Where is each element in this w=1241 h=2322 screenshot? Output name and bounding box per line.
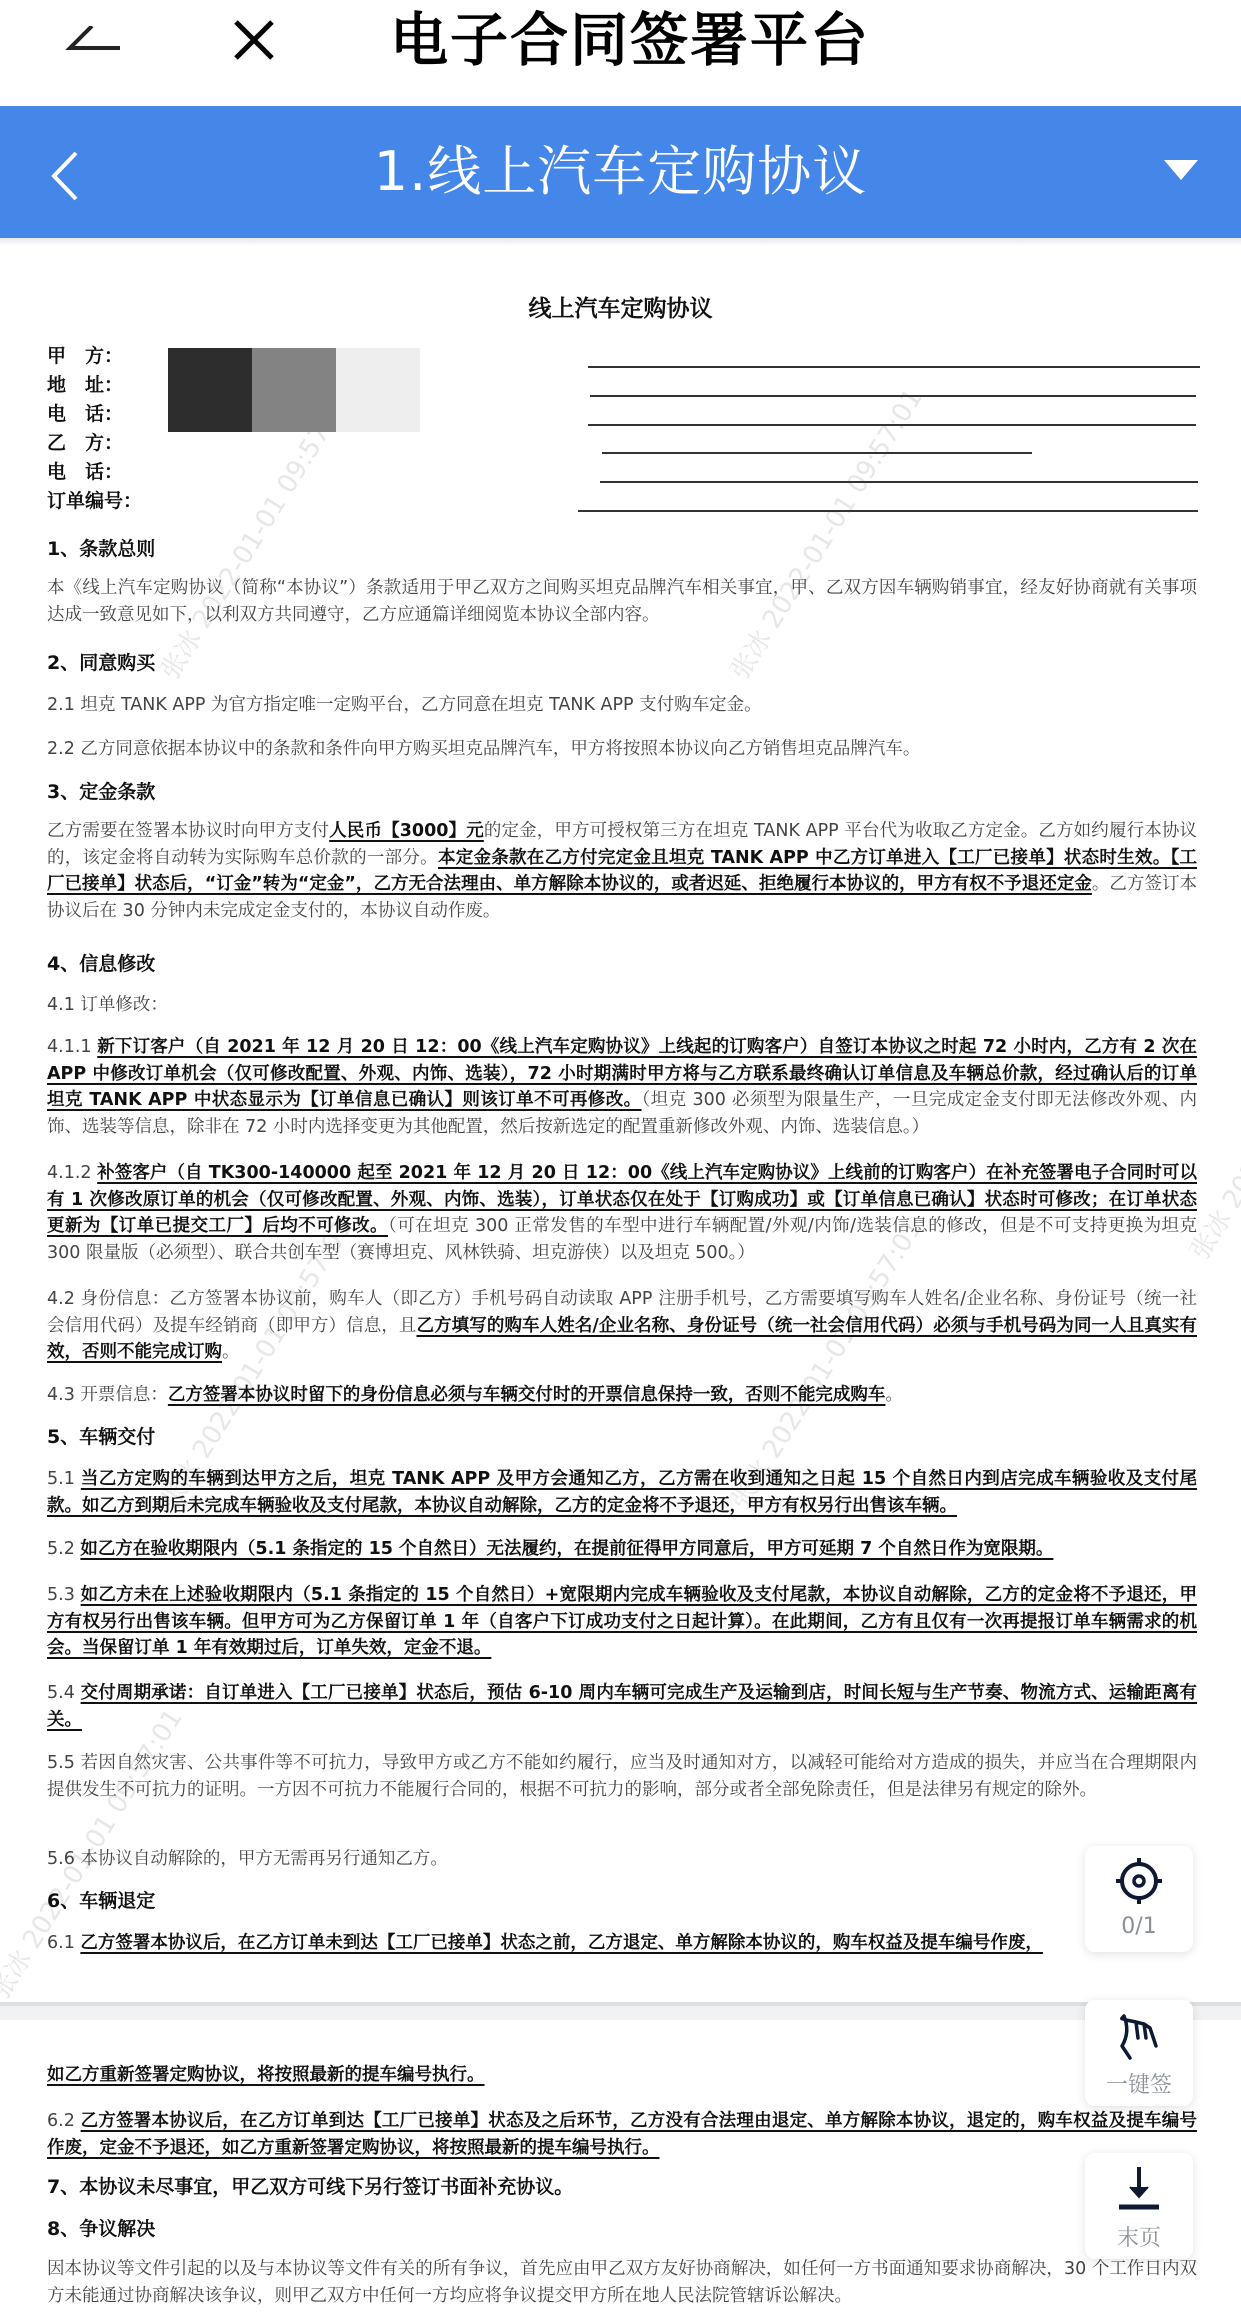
- triangle-down-icon[interactable]: [1164, 160, 1198, 180]
- phone-a-label: 电 话：: [47, 400, 142, 429]
- document-nav-bar: 1.线上汽车定购协议: [0, 106, 1241, 238]
- document-page-2[interactable]: 如乙方重新签署定购协议，将按照最新的提车编号执行。 6.2 乙方签署本协议后，在…: [0, 2020, 1241, 2322]
- hand-tap-icon: [1116, 2012, 1162, 2062]
- paragraph: 6.1 乙方签署本协议后，在乙方订单未到达【工厂已接单】状态之前，乙方退定、单方…: [47, 1930, 1197, 1957]
- paragraph: 5.4 交付周期承诺：自订单进入【工厂已接单】状态后，预估 6-10 周内车辆可…: [47, 1680, 1197, 1733]
- paragraph: 5.2 如乙方在验收期限内（5.1 条指定的 15 个自然日）无法履约，在提前征…: [47, 1536, 1197, 1563]
- party-a-label: 甲 方：: [47, 342, 142, 371]
- section-heading: 8、争议解决: [47, 2214, 155, 2241]
- app-title: 电子合同签署平台: [390, 4, 870, 76]
- signature-count: 0/1: [1085, 1914, 1193, 1939]
- section-heading: 2、同意购买: [47, 648, 155, 675]
- paragraph: 本《线上汽车定购协议（简称“本协议”）条款适用于甲乙双方之间购买坦克品牌汽车相关…: [47, 575, 1197, 628]
- phone-b-label: 电 话：: [47, 458, 142, 487]
- paragraph: 5.1 当乙方定购的车辆到达甲方之后，坦克 TANK APP 及甲方会通知乙方，…: [47, 1466, 1197, 1519]
- document-selector-title[interactable]: 1.线上汽车定购协议: [0, 136, 1241, 208]
- watermark: 张冰 2022-01-01 09:57:01: [720, 381, 930, 686]
- field-underline: [600, 481, 1198, 483]
- document-title: 线上汽车定购协议: [0, 290, 1241, 323]
- jump-to-last-page-button[interactable]: 末页: [1085, 2153, 1193, 2259]
- field-underline: [602, 452, 1032, 454]
- one-click-sign-label: 一键签: [1085, 2068, 1193, 2099]
- paragraph: 5.5 若因自然灾害、公共事件等不可抗力，导致甲方或乙方不能如约履行，应当及时通…: [47, 1750, 1197, 1803]
- last-page-label: 末页: [1085, 2221, 1193, 2252]
- section-heading: 7、本协议未尽事宜，甲乙双方可线下另行签订书面补充协议。: [47, 2172, 573, 2199]
- paragraph: 4.3 开票信息：乙方签署本协议时留下的身份信息必须与车辆交付时的开票信息保持一…: [47, 1382, 1197, 1409]
- order-number-label: 订单编号：: [47, 487, 142, 516]
- party-b-label: 乙 方：: [47, 429, 142, 458]
- field-underline: [588, 366, 1200, 368]
- paragraph: 4.1.2 补签客户（自 TK300-140000 起至 2021 年 12 月…: [47, 1160, 1197, 1266]
- paragraph: 5.3 如乙方未在上述验收期限内（5.1 条指定的 15 个自然日）+宽限期内完…: [47, 1582, 1197, 1662]
- section-heading: 3、定金条款: [47, 777, 155, 804]
- paragraph: 如乙方重新签署定购协议，将按照最新的提车编号执行。: [47, 2062, 1197, 2089]
- party-info: 甲 方： 地 址： 电 话： 乙 方： 电 话： 订单编号：: [47, 342, 142, 516]
- signature-locator-button[interactable]: 0/1: [1085, 1846, 1193, 1952]
- paragraph: 6.2 乙方签署本协议后，在乙方订单到达【工厂已接单】状态及之后环节，乙方没有合…: [47, 2108, 1197, 2161]
- paragraph: 4.2 身份信息：乙方签署本协议前，购车人（即乙方）手机号码自动读取 APP 注…: [47, 1286, 1197, 1366]
- paragraph: 4.1.1 新下订客户（自 2021 年 12 月 20 日 12：00《线上汽…: [47, 1034, 1197, 1140]
- paragraph: 因本协议等文件引起的以及与本协议等文件有关的所有争议，首先应由甲乙双方友好协商解…: [47, 2256, 1197, 2309]
- locate-target-icon: [1116, 1858, 1162, 1904]
- section-heading: 5、车辆交付: [47, 1422, 155, 1449]
- address-label: 地 址：: [47, 371, 142, 400]
- close-icon[interactable]: [228, 14, 280, 66]
- field-underline: [578, 510, 1198, 512]
- field-underline: [590, 395, 1196, 397]
- one-click-sign-button[interactable]: 一键签: [1085, 2000, 1193, 2106]
- document-page-1[interactable]: 张冰 2022-01-01 09:57:01 张冰 2022-01-01 09:…: [0, 246, 1241, 2002]
- redaction-block: [168, 348, 420, 432]
- page-break: [0, 2002, 1241, 2020]
- section-heading: 6、车辆退定: [47, 1886, 155, 1913]
- section-heading: 1、条款总则: [47, 534, 155, 561]
- paragraph: 2.1 坦克 TANK APP 为官方指定唯一定购平台，乙方同意在坦克 TANK…: [47, 692, 1197, 719]
- paragraph: 5.6 本协议自动解除的，甲方无需再另行通知乙方。: [47, 1846, 1197, 1873]
- back-arrow-icon[interactable]: [62, 26, 122, 56]
- download-to-end-icon: [1116, 2165, 1162, 2211]
- field-underline: [588, 424, 1196, 426]
- paragraph: 乙方需要在签署本协议时向甲方支付人民币【3000】元的定金，甲方可授权第三方在坦…: [47, 818, 1197, 924]
- paragraph: 4.1 订单修改：: [47, 992, 1197, 1019]
- app-header: 电子合同签署平台: [0, 0, 1241, 106]
- section-heading: 4、信息修改: [47, 949, 155, 976]
- paragraph: 2.2 乙方同意依据本协议中的条款和条件向甲方购买坦克品牌汽车，甲方将按照本协议…: [47, 736, 1197, 763]
- header-shadow: [0, 238, 1241, 246]
